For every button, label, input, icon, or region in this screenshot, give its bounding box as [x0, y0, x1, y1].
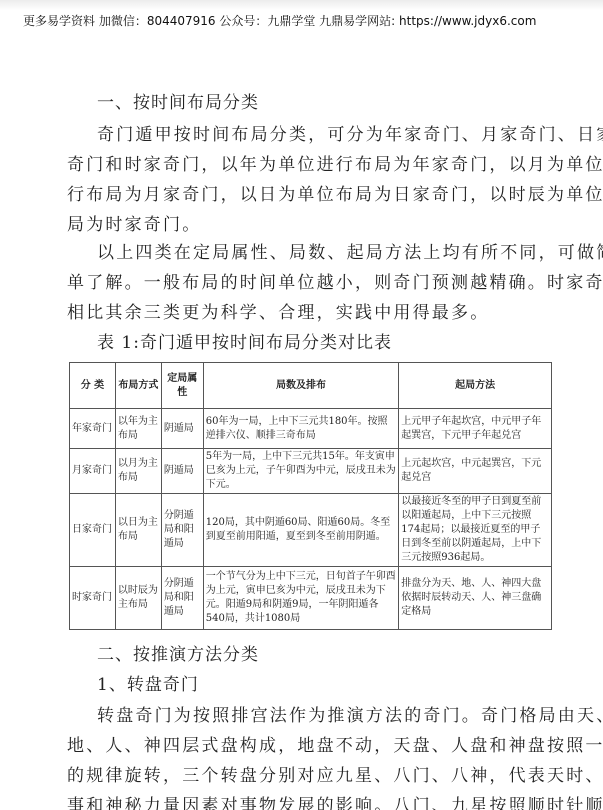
subheading-rotating-plate: 1、转盘奇门: [97, 670, 199, 695]
cell-count: 5年为一局，上中下三元共15年。年支寅申巳亥为上元，子午卯酉为中元，辰戌丑未为下…: [203, 449, 399, 494]
cell-layout: 以年为主布局: [115, 409, 161, 449]
page-top-shadow: [0, 0, 603, 10]
paragraph-line: 行布局为月家奇门，以日为单位布局为日家奇门，以时辰为单位布: [67, 180, 603, 205]
header-layout: 布局方式: [115, 363, 161, 409]
table-row: 月家奇门 以月为主布局 阴遁局 5年为一局，上中下三元共15年。年支寅申巳亥为上…: [70, 449, 552, 494]
paragraph-line: 局为时家奇门。: [67, 210, 201, 235]
paragraph-line: 以上四类在定局属性、局数、起局方法上均有所不同，可做简: [97, 238, 603, 263]
section-heading-deduction-method: 二、按推演方法分类: [97, 640, 259, 665]
header-attribute: 定局属性: [161, 363, 203, 409]
watermark-header: 更多易学资料 加微信：804407916 公众号：九鼎学堂 九鼎易学网站: ht…: [23, 12, 536, 29]
cell-category: 月家奇门: [70, 449, 116, 494]
cell-method: 以最接近冬至的甲子日到夏至前以阳遁起局，上中下三元按照174起局；以最接近夏至的…: [399, 494, 552, 567]
paragraph-line: 奇门遁甲按时间布局分类，可分为年家奇门、月家奇门、日家: [97, 120, 603, 145]
paragraph-line: 的规律旋转，三个转盘分别对应九星、八门、八神，代表天时、人: [67, 761, 603, 786]
cell-count: 60年为一局，上中下三元共180年。按照逆排六仪、顺排三奇布局: [203, 409, 399, 449]
cell-method: 排盘分为天、地、人、神四大盘依据时辰转动天、人、神三盘确定格局: [399, 567, 552, 630]
cell-layout: 以日为主布局: [115, 494, 161, 567]
table-row: 日家奇门 以日为主布局 分阴遁局和阳遁局 120局，其中阴遁60局、阳遁60局。…: [70, 494, 552, 567]
table-caption: 表 1:奇门遁甲按时间布局分类对比表: [97, 328, 392, 353]
cell-count: 120局，其中阴遁60局、阳遁60局。冬至到夏至前用阳遁，夏至到冬至前用阴遁。: [203, 494, 399, 567]
cell-layout: 以时辰为主布局: [115, 567, 161, 630]
comparison-table: 分 类 布局方式 定局属性 局数及排布 起局方法 年家奇门 以年为主布局 阴遁局…: [69, 362, 552, 630]
section-heading-time-layout: 一、按时间布局分类: [97, 88, 259, 113]
cell-category: 日家奇门: [70, 494, 116, 567]
cell-attribute: 阴遁局: [161, 409, 203, 449]
cell-attribute: 分阴遁局和阳遁局: [161, 494, 203, 567]
cell-category: 年家奇门: [70, 409, 116, 449]
paragraph-line: 相比其余三类更为科学、合理，实践中用得最多。: [67, 298, 489, 323]
paragraph-line: 单了解。一般布局的时间单位越小，则奇门预测越精确。时家奇门: [67, 268, 603, 293]
cell-method: 上元甲子年起坎宫，中元甲子年起巽宫，下元甲子年起兑宫: [399, 409, 552, 449]
paragraph-line: 转盘奇门为按照排宫法作为推演方法的奇门。奇门格局由天、: [97, 701, 603, 726]
paragraph-line: 地、人、神四层式盘构成，地盘不动，天盘、人盘和神盘按照一定: [67, 731, 603, 756]
header-method: 起局方法: [399, 363, 552, 409]
header-count: 局数及排布: [203, 363, 399, 409]
cell-count: 一个节气分为上中下三元，日旬首子午卯酉为上元，寅申巳亥为中元，辰戌丑未为下元。阳…: [203, 567, 399, 630]
paragraph-line: 奇门和时家奇门，以年为单位进行布局为年家奇门，以月为单位进: [67, 150, 603, 175]
table-row: 年家奇门 以年为主布局 阴遁局 60年为一局，上中下三元共180年。按照逆排六仪…: [70, 409, 552, 449]
cell-attribute: 分阴遁局和阳遁局: [161, 567, 203, 630]
header-category: 分 类: [70, 363, 116, 409]
cell-layout: 以月为主布局: [115, 449, 161, 494]
table-row: 时家奇门 以时辰为主布局 分阴遁局和阳遁局 一个节气分为上中下三元，日旬首子午卯…: [70, 567, 552, 630]
cell-category: 时家奇门: [70, 567, 116, 630]
paragraph-line: 事和神秘力量因素对事物发展的影响。八门、九星按照顺时针顺序: [67, 791, 603, 810]
table-header-row: 分 类 布局方式 定局属性 局数及排布 起局方法: [70, 363, 552, 409]
cell-method: 上元起坎宫，中元起巽宫，下元起兑宫: [399, 449, 552, 494]
cell-attribute: 阴遁局: [161, 449, 203, 494]
